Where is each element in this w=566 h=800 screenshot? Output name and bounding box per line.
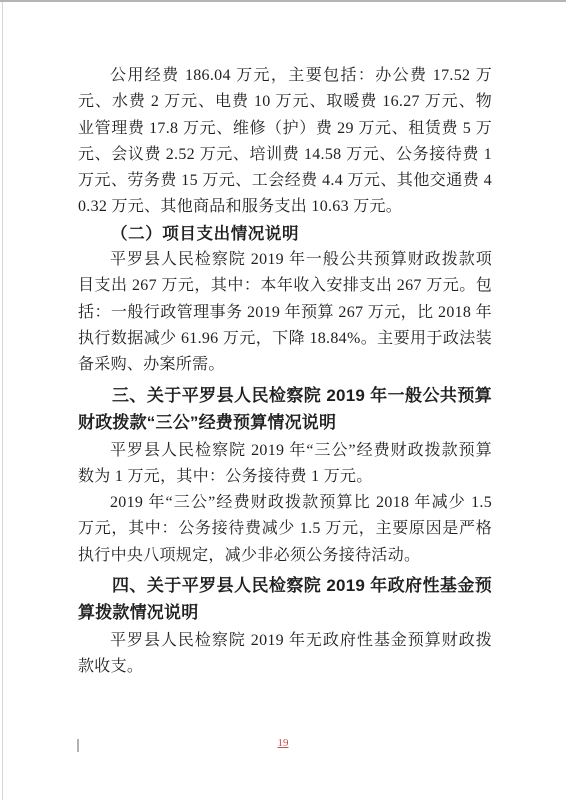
- section-heading-project-expense: （二）项目支出情况说明: [78, 221, 492, 247]
- page-number-value: 19: [278, 737, 289, 749]
- section-heading-gov-fund: 四、关于平罗县人民检察院 2019 年政府性基金预算拨款情况说明: [78, 572, 492, 626]
- paragraph-gov-fund: 平罗县人民检察院 2019 年无政府性基金预算财政拨款收支。: [78, 628, 492, 681]
- section-heading-three-public: 三、关于平罗县人民检察院 2019 年一般公共预算财政拨款“三公”经费预算情况说…: [78, 382, 492, 436]
- document-page: 公用经费 186.04 万元，主要包括：办公费 17.52 万元、水费 2 万元…: [0, 0, 566, 800]
- paragraph-project-expense: 平罗县人民检察院 2019 年一般公共预算财政拨款项目支出 267 万元，其中：…: [78, 247, 492, 378]
- page-number: 19: [0, 737, 566, 749]
- paragraph-three-public-budget: 平罗县人民检察院 2019 年“三公”经费财政拨款预算数为 1 万元，其中：公务…: [78, 438, 492, 491]
- paragraph-public-expense: 公用经费 186.04 万元，主要包括：办公费 17.52 万元、水费 2 万元…: [78, 63, 492, 221]
- page-left-edge: [2, 2, 3, 800]
- document-content: 公用经费 186.04 万元，主要包括：办公费 17.52 万元、水费 2 万元…: [78, 63, 492, 681]
- paragraph-three-public-change: 2019 年“三公”经费财政拨款预算比 2018 年减少 1.5 万元，其中：公…: [78, 490, 492, 569]
- page-top-edge: [0, 0, 566, 2]
